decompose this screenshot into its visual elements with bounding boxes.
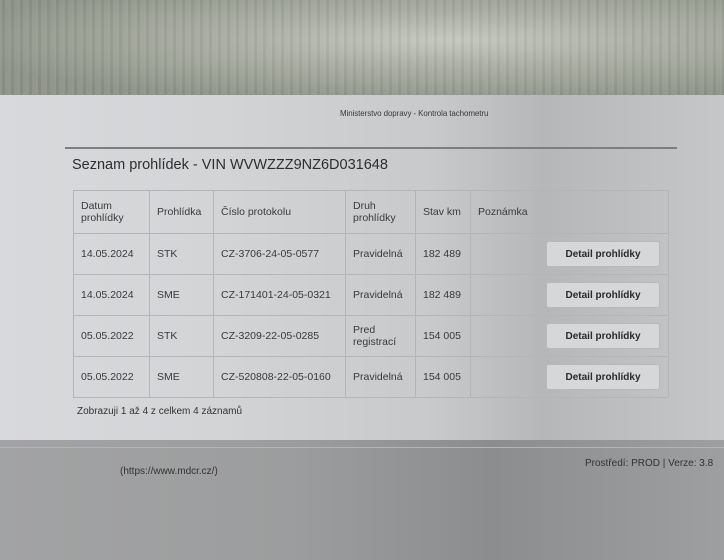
cell-inspection-type: STK xyxy=(150,316,214,357)
inspections-table: Datumprohlídky Prohlídka Číslo protokolu… xyxy=(73,190,669,398)
table-row: 05.05.2022SMECZ-520808-22-05-0160Pravide… xyxy=(74,357,669,398)
table-row: 05.05.2022STKCZ-3209-22-05-0285Pred regi… xyxy=(74,316,669,357)
cell-inspection-type: SME xyxy=(150,357,214,398)
page-title: Seznam prohlídek - VIN WVWZZZ9NZ6D031648 xyxy=(72,157,388,173)
col-protocol: Číslo protokolu xyxy=(214,191,346,234)
cell-inspection-type: STK xyxy=(150,234,214,275)
detail-inspection-button[interactable]: Detail prohlídky xyxy=(546,241,660,267)
cell-note xyxy=(471,275,538,316)
cell-odometer: 182 489 xyxy=(416,275,471,316)
cell-odometer: 182 489 xyxy=(416,234,471,275)
cell-action: Detail prohlídky xyxy=(538,234,669,275)
footer-divider xyxy=(0,447,724,448)
app-header-title: Ministerstvo dopravy - Kontrola tachomet… xyxy=(340,109,488,118)
cell-inspection-type: SME xyxy=(150,275,214,316)
col-date: Datumprohlídky xyxy=(74,191,150,234)
cell-odometer: 154 005 xyxy=(416,357,471,398)
cell-odometer: 154 005 xyxy=(416,316,471,357)
detail-inspection-button[interactable]: Detail prohlídky xyxy=(546,364,660,390)
cell-date: 05.05.2022 xyxy=(74,316,150,357)
cell-note xyxy=(471,316,538,357)
cell-date: 14.05.2024 xyxy=(74,275,150,316)
col-note: Poznámka xyxy=(471,191,538,234)
environment-version: Prostředí: PROD | Verze: 3.8 xyxy=(585,458,713,469)
cell-action: Detail prohlídky xyxy=(538,357,669,398)
header-divider xyxy=(65,147,677,149)
col-kind: Druhprohlídky xyxy=(346,191,416,234)
cell-protocol-number: CZ-171401-24-05-0321 xyxy=(214,275,346,316)
cell-date: 05.05.2022 xyxy=(74,357,150,398)
table-row: 14.05.2024SMECZ-171401-24-05-0321Pravide… xyxy=(74,275,669,316)
cell-inspection-kind: Pred registrací xyxy=(346,316,416,357)
cell-protocol-number: CZ-520808-22-05-0160 xyxy=(214,357,346,398)
detail-inspection-button[interactable]: Detail prohlídky xyxy=(546,282,660,308)
desk-background xyxy=(0,0,724,96)
col-action xyxy=(538,191,669,234)
col-inspection: Prohlídka xyxy=(150,191,214,234)
table-summary: Zobrazuji 1 až 4 z celkem 4 záznamů xyxy=(77,406,242,417)
cell-inspection-kind: Pravidelná xyxy=(346,275,416,316)
cell-note xyxy=(471,357,538,398)
table-row: 14.05.2024STKCZ-3706-24-05-0577Pravideln… xyxy=(74,234,669,275)
cell-inspection-kind: Pravidelná xyxy=(346,234,416,275)
detail-inspection-button[interactable]: Detail prohlídky xyxy=(546,323,660,349)
col-km: Stav km xyxy=(416,191,471,234)
cell-action: Detail prohlídky xyxy=(538,316,669,357)
cell-inspection-kind: Pravidelná xyxy=(346,357,416,398)
cell-date: 14.05.2024 xyxy=(74,234,150,275)
cell-protocol-number: CZ-3706-24-05-0577 xyxy=(214,234,346,275)
cell-protocol-number: CZ-3209-22-05-0285 xyxy=(214,316,346,357)
cell-note xyxy=(471,234,538,275)
cell-action: Detail prohlídky xyxy=(538,275,669,316)
table-header-row: Datumprohlídky Prohlídka Číslo protokolu… xyxy=(74,191,669,234)
footer-link[interactable]: (https://www.mdcr.cz/) xyxy=(120,466,218,477)
